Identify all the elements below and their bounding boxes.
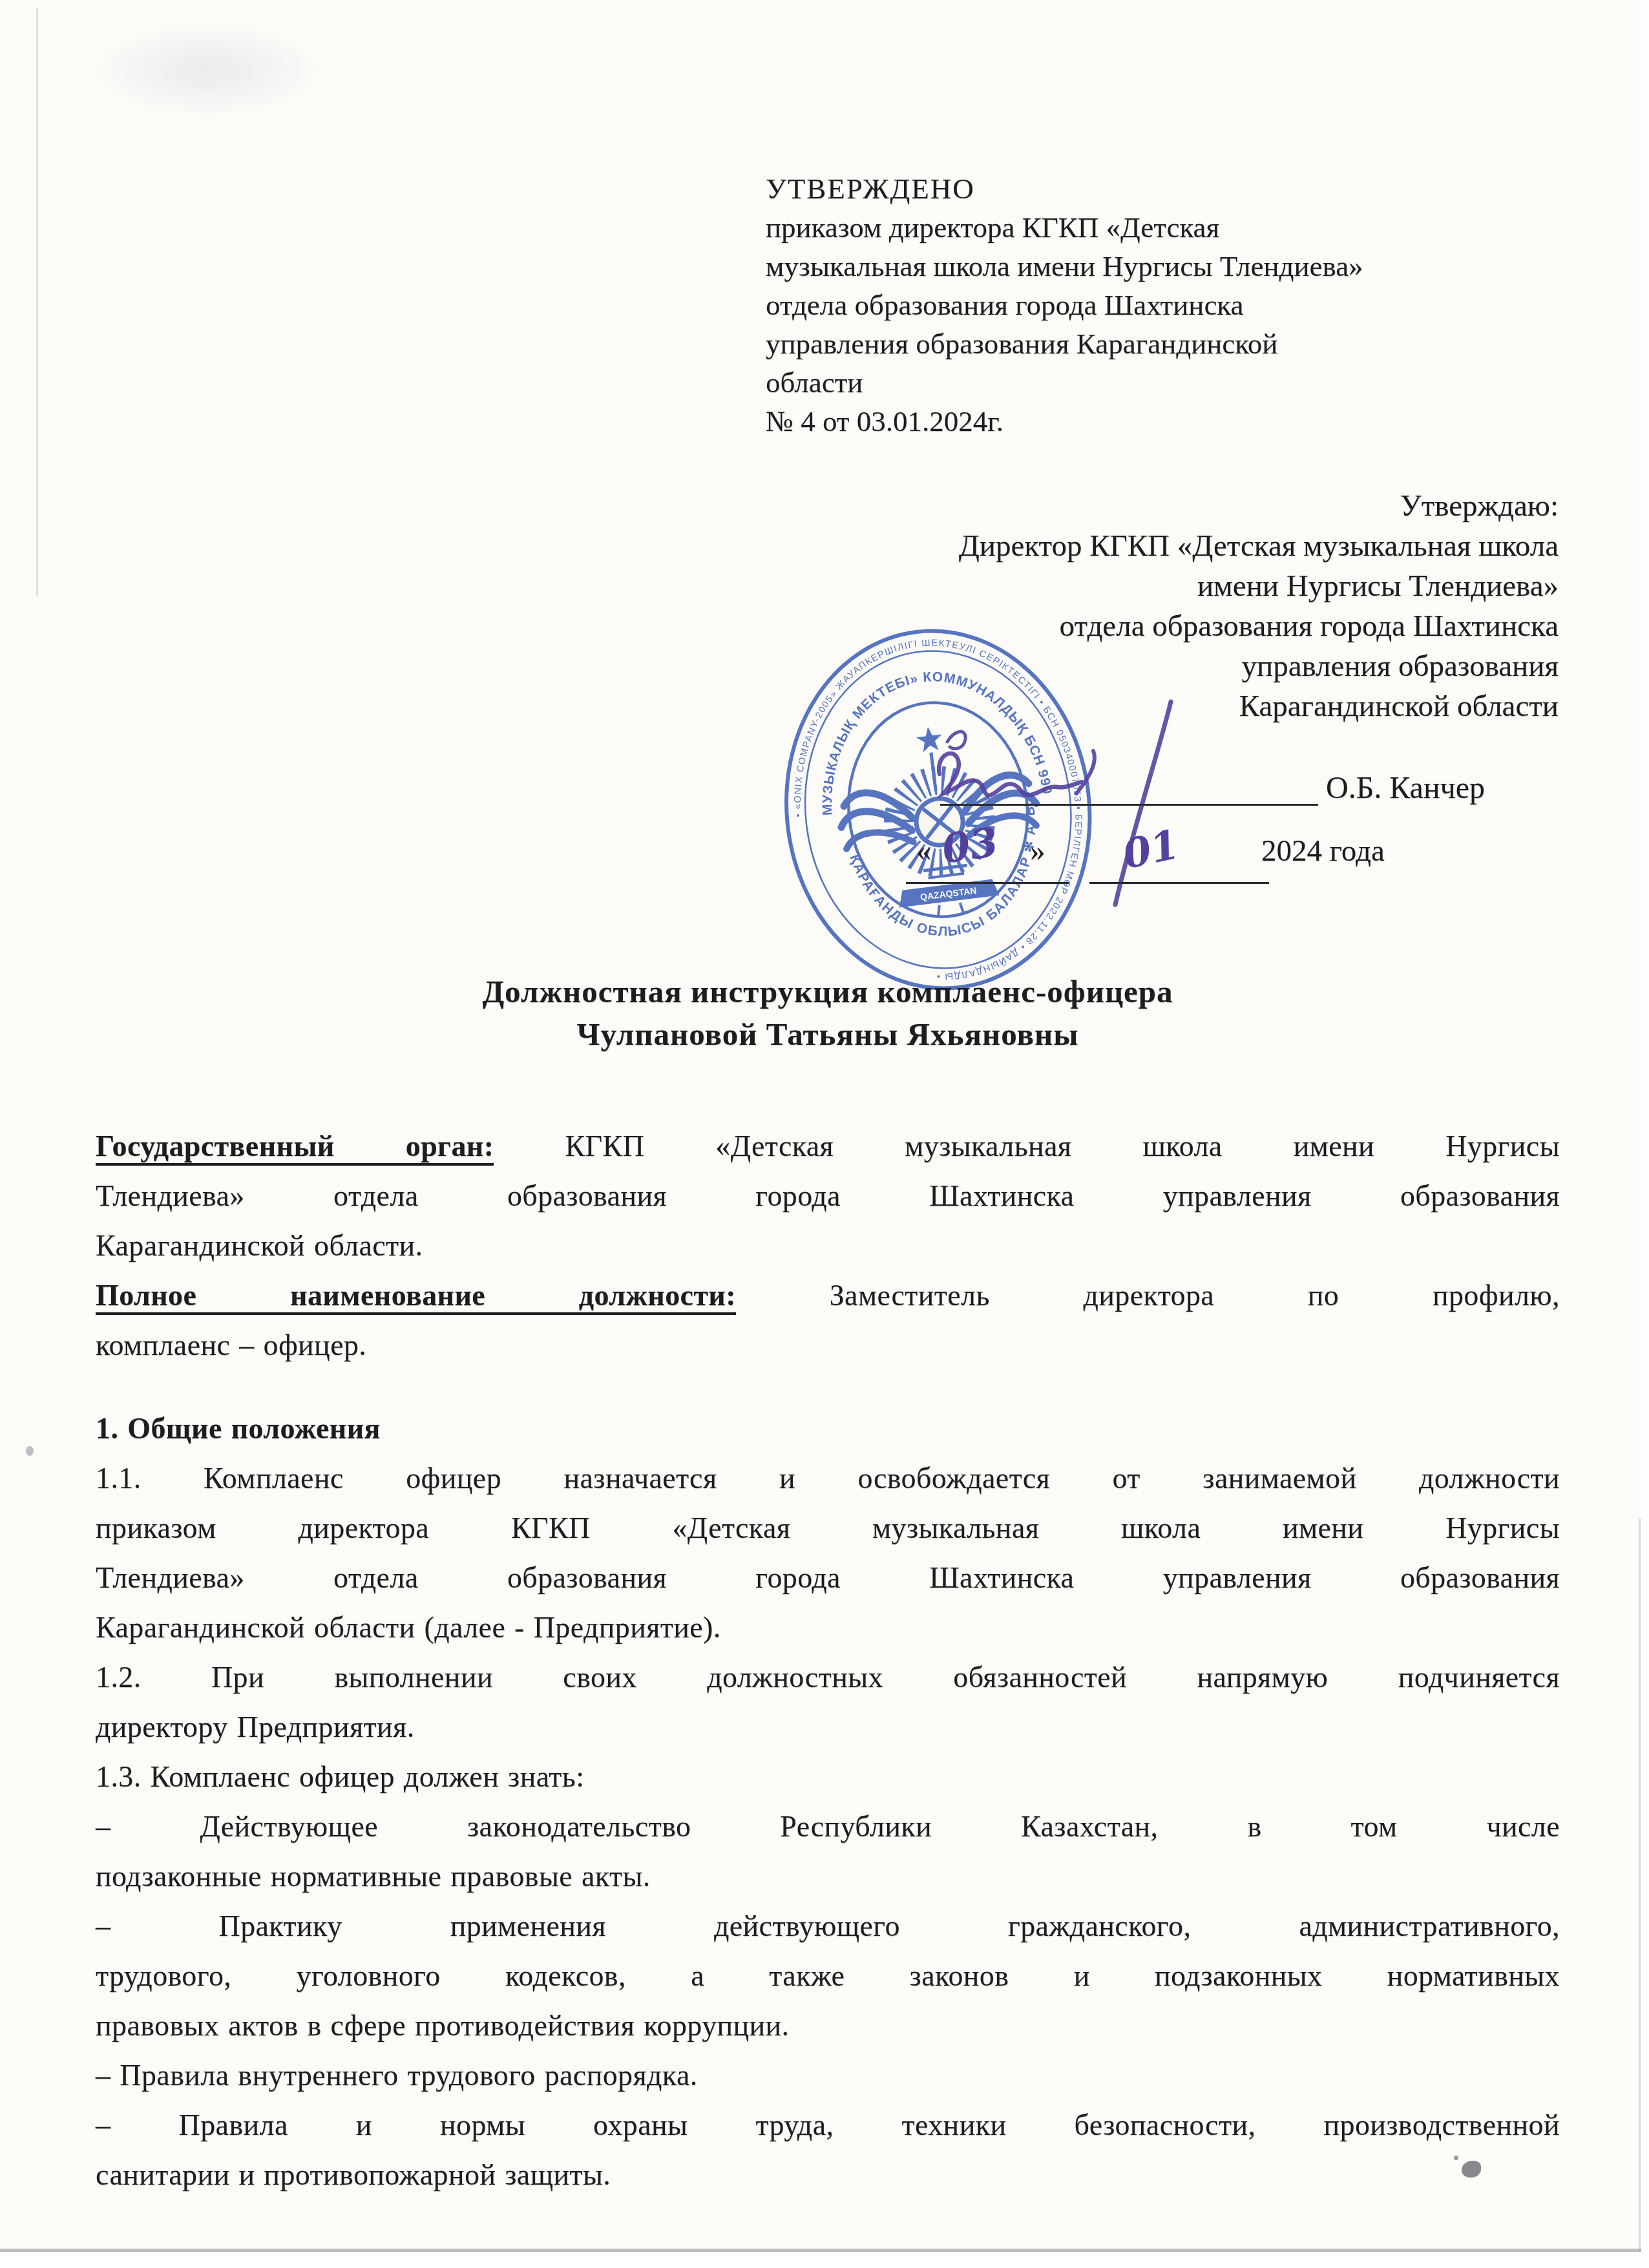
bullet-4-line: санитарии и противопожарной защиты. — [96, 2150, 1560, 2200]
paper-edge-bottom — [0, 2249, 1649, 2252]
handwritten-signature — [924, 697, 1195, 910]
paragraph-1-2-line: директору Предприятия. — [96, 1702, 1560, 1752]
signature-top-mark — [947, 731, 965, 748]
intro-p2-label: Полное наименование должности: — [96, 1279, 736, 1315]
intro-block: Государственный орган: КГКП «Детская муз… — [96, 1121, 1560, 1370]
paragraph-1-1-line: приказом директора КГКП «Детская музыкал… — [96, 1503, 1560, 1553]
intro-p1-line: Государственный орган: КГКП «Детская муз… — [96, 1121, 1560, 1171]
ink-dot-left-margin — [26, 1446, 34, 1456]
document-title-line1: Должностная инструкция комплаенс-офицера — [96, 971, 1560, 1013]
paragraph-1-3: 1.3. Комплаенс офицер должен знать: — [96, 1752, 1560, 1801]
approval-line: управления образования Карагандинской — [766, 324, 1580, 363]
paper-edge-right — [1639, 1518, 1641, 2252]
paper-edge-left — [36, 8, 38, 596]
paper-margin-bottom — [0, 2252, 1649, 2268]
intro-p1-label: Государственный орган: — [96, 1129, 494, 1166]
intro-p1-line: Тлендиева» отдела образования города Шах… — [96, 1171, 1560, 1221]
section-1-heading: 1. Общие положения — [96, 1403, 1560, 1453]
date-close-quote: » — [1030, 834, 1045, 868]
scan-smudge-top-left — [45, 5, 368, 134]
bullet-2-line: – Практику применения действующего гражд… — [96, 1901, 1560, 1951]
handwritten-day: 03 — [939, 818, 1001, 872]
approval-line: отдела образования города Шахтинска — [766, 286, 1580, 324]
paper-margin-right — [1641, 0, 1649, 2268]
bullet-2-line: правовых актов в сфере противодействия к… — [96, 2000, 1560, 2050]
bullet-1-line: – Действующее законодательство Республик… — [96, 1801, 1560, 1851]
document-title: Должностная инструкция комплаенс-офицера… — [96, 971, 1560, 1056]
approve-title: Утверждаю: — [646, 486, 1559, 526]
date-open-quote: « — [916, 834, 932, 868]
date-year: 2024 года — [1261, 834, 1385, 868]
paragraph-1-1-line: 1.1. Комплаенс офицер назначается и осво… — [96, 1453, 1560, 1503]
intro-p2-line: Полное наименование должности: Заместите… — [96, 1270, 1560, 1320]
date-day-underline — [906, 882, 1069, 884]
signatory-name: О.Б. Канчер — [1326, 770, 1485, 806]
document-title-line2: Чулпановой Татьяны Яхьяновны — [96, 1013, 1560, 1056]
bullet-4-line: – Правила и нормы охраны труда, техники … — [96, 2100, 1560, 2150]
approval-block: УТВЕРЖДЕНО приказом директора КГКП «Детс… — [766, 169, 1580, 441]
approval-heading: УТВЕРЖДЕНО — [766, 169, 1580, 208]
bullet-3-line: – Правила внутреннего трудового распоряд… — [96, 2050, 1560, 2100]
intro-p2-line: комплаенс – офицер. — [96, 1320, 1560, 1370]
date-month-underline — [1089, 882, 1269, 884]
signature-line — [940, 804, 1318, 806]
section-1: 1. Общие положения 1.1. Комплаенс офицер… — [96, 1403, 1560, 2200]
bullet-1-line: подзаконные нормативные правовые акты. — [96, 1851, 1560, 1901]
scanned-document-page: УТВЕРЖДЕНО приказом директора КГКП «Детс… — [0, 0, 1649, 2268]
paragraph-1-1-line: Тлендиева» отдела образования города Шах… — [96, 1553, 1560, 1602]
approve-line: Директор КГКП «Детская музыкальная школа — [646, 526, 1559, 566]
approval-order-number: № 4 от 03.01.2024г. — [766, 402, 1580, 441]
intro-p1-line: Карагандинской области. — [96, 1221, 1560, 1270]
approval-line: области — [766, 363, 1580, 402]
approve-line: отдела образования города Шахтинска — [646, 606, 1559, 646]
approve-line: имени Нургисы Тлендиева» — [646, 566, 1559, 606]
approval-line: музыкальная школа имени Нургисы Тлендиев… — [766, 247, 1580, 286]
paragraph-1-2-line: 1.2. При выполнении своих должностных об… — [96, 1652, 1560, 1702]
intro-p2-rest: Заместитель директора по профилю, — [736, 1279, 1560, 1312]
signature-scribble — [939, 753, 1082, 795]
intro-p1-rest: КГКП «Детская музыкальная школа имени Ну… — [494, 1129, 1560, 1162]
signature-flick — [1077, 751, 1095, 793]
paragraph-1-1-line: Карагандинской области (далее - Предприя… — [96, 1602, 1560, 1652]
approval-line: приказом директора КГКП «Детская — [766, 208, 1580, 247]
bullet-2-line: трудового, уголовного кодексов, а также … — [96, 1951, 1560, 2000]
